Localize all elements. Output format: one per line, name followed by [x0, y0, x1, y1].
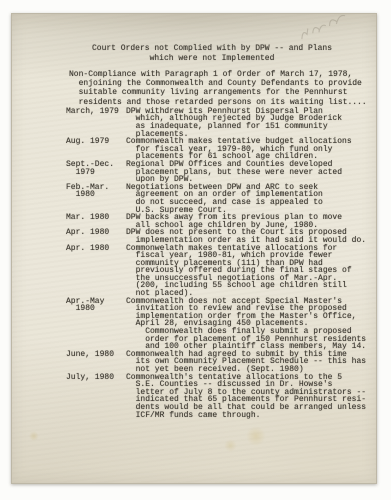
- timeline-entry: July, 1980 Commonwealth's tentative allo…: [66, 374, 376, 420]
- entry-date: Apr.-May 1980: [66, 298, 126, 351]
- entry-date: Apr. 1980: [66, 229, 126, 244]
- entry-description: Commonwealth's tentative allocations to …: [126, 374, 376, 420]
- timeline-entry: Aug. 1979 Commonwealth makes tentative b…: [66, 138, 376, 161]
- entry-description: DPW backs away from its previous plan to…: [126, 214, 376, 229]
- entry-date: June, 1980: [66, 351, 126, 374]
- timeline: March, 1979 DPW withdrew its Pennhurst D…: [66, 108, 376, 419]
- entry-description: DPW does not present to the Court its pr…: [126, 229, 376, 244]
- document-preamble: Non-Compliance with Paragraph 1 of Order…: [69, 70, 376, 107]
- document-page: Court Orders not Complied with by DPW --…: [11, 13, 377, 484]
- entry-description: Commonwealth makes tentative budget allo…: [126, 138, 376, 161]
- entry-description: Commonwelath makes tentative allocations…: [126, 245, 376, 298]
- entry-date: Sept.-Dec. 1979: [66, 161, 126, 184]
- entry-date: Aug. 1979: [66, 138, 126, 161]
- entry-date: July, 1980: [66, 374, 126, 420]
- entry-date: Apr. 1980: [66, 245, 126, 298]
- document-title: Court Orders not Complied with by DPW --…: [86, 44, 338, 64]
- scan-background: Court Orders not Complied with by DPW --…: [0, 0, 391, 500]
- timeline-entry: Apr. 1980 Commonwelath makes tentative a…: [66, 245, 376, 298]
- timeline-entry: March, 1979 DPW withdrew its Pennhurst D…: [66, 108, 376, 138]
- timeline-entry: Apr.-May 1980 Commonwealth does not acce…: [66, 298, 376, 351]
- timeline-entry: June, 1980 Commonwealth had agreed to su…: [66, 351, 376, 374]
- entry-description: Regional DPW Offices and Counties develo…: [126, 161, 376, 184]
- entry-date: Mar. 1980: [66, 214, 126, 229]
- entry-date: March, 1979: [66, 108, 126, 138]
- entry-description: Commonwealth does not accept Special Mas…: [126, 298, 376, 351]
- entry-description: Negotiations between DPW and ARC to seek…: [126, 184, 376, 214]
- timeline-entry: Mar. 1980 DPW backs away from its previo…: [66, 214, 376, 229]
- entry-date: Feb.-Mar. 1980: [66, 184, 126, 214]
- pencil-annotation: [296, 12, 351, 44]
- entry-description: Commonwealth had agreed to submit by thi…: [126, 351, 376, 374]
- timeline-entry: Feb.-Mar. 1980 Negotiations between DPW …: [66, 184, 376, 214]
- timeline-entry: Sept.-Dec. 1979 Regional DPW Offices and…: [66, 161, 376, 184]
- entry-description: DPW withdrew its Pennhurst Dispersal Pla…: [126, 108, 376, 138]
- timeline-entry: Apr. 1980 DPW does not present to the Co…: [66, 229, 376, 244]
